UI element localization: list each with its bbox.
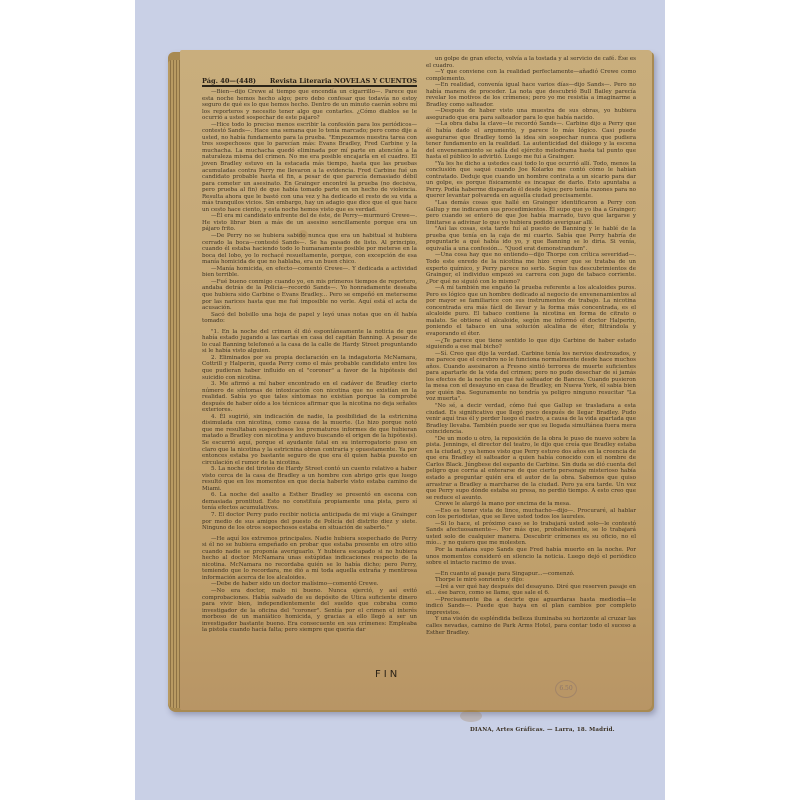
end-mark: FIN xyxy=(375,669,400,680)
paragraph: —A mí también me engañó la prueba refere… xyxy=(426,285,636,337)
paragraph: —¿Te parece que tiene sentido lo que dij… xyxy=(426,338,636,351)
paragraph: "Así las cosas, esta tarde fuí al puesto… xyxy=(426,226,636,252)
paragraph: "Ya les he dicho a ustedes casi todo lo … xyxy=(426,161,636,200)
paragraph: "De un modo u otro, la reposición de la … xyxy=(426,436,636,501)
paragraph: —Si lo hace, el próximo caso se lo traba… xyxy=(426,521,636,547)
paragraph: 2. Eliminados por su propia declaración … xyxy=(202,355,417,381)
paragraph: Sacó del bolsillo una hoja de papel y le… xyxy=(202,312,417,325)
paragraph: —Sí. Creo que dijo la verdad. Carbine te… xyxy=(426,351,636,403)
paragraph: 3. Me afirmó a mí haber encontrado en el… xyxy=(202,381,417,414)
paragraph: —La obra daba la clave—le recordó Sands—… xyxy=(426,121,636,160)
paragraph: Por la mañana supo Sands que Fred había … xyxy=(426,547,636,567)
paragraph: —En realidad, convenía igual hace varios… xyxy=(426,82,636,108)
paragraph: —Fué bueno conmigo cuando yo, en mis pri… xyxy=(202,279,417,312)
paragraph: —De Perry no se hubiera sabido nunca que… xyxy=(202,233,417,266)
printer-imprint: DIANA, Artes Gráficas. — Larra, 18. Madr… xyxy=(470,727,615,733)
paragraph: 6. La noche del asalto a Esther Bradley … xyxy=(202,492,417,512)
paragraph: —Bien—dijo Crewe al tiempo que encendía … xyxy=(202,89,417,122)
paragraph: —Hice todo lo preciso menos escribir la … xyxy=(202,122,417,214)
paragraph: "No sé, a decir verdad, cómo fué que Gal… xyxy=(426,403,636,436)
paragraph: "1. En la noche del crimen él dió espont… xyxy=(202,329,417,355)
paragraph: —Eso es tener vista de lince, muchacho—d… xyxy=(426,508,636,521)
page-header: Pág. 40—(448) Revista Literaria NOVELAS … xyxy=(202,71,417,87)
paragraph: —Él era mi candidato enfrente del de ést… xyxy=(202,213,417,233)
paragraph: Y una visión de espléndida belleza ilumi… xyxy=(426,616,636,636)
left-text-column: —Bien—dijo Crewe al tiempo que encendía … xyxy=(202,89,417,634)
price-stamp: 6.50 xyxy=(555,680,577,698)
paragraph: —Una cosa hay que no entiendo—dijo Thorp… xyxy=(426,252,636,285)
paragraph: —Y que conviene con la realidad perfecta… xyxy=(426,69,636,82)
paragraph: —Manía homicida, en efecto—comentó Crewe… xyxy=(202,266,417,279)
magazine-page: Pág. 40—(448) Revista Literaria NOVELAS … xyxy=(180,50,652,710)
paragraph: —Precisamente iba a decirte que aguardar… xyxy=(426,597,636,617)
paragraph: —He aquí los extremos principales. Nadie… xyxy=(202,536,417,582)
publication-title: Revista Literaria NOVELAS Y CUENTOS xyxy=(270,77,417,85)
paragraph: —Iré a ver qué hay después del desayuno.… xyxy=(426,584,636,597)
paragraph: un golpe de gran efecto, volvía a la tos… xyxy=(426,56,636,69)
paragraph: —Después de haber visto una muestra de s… xyxy=(426,108,636,121)
right-text-column: un golpe de gran efecto, volvía a la tos… xyxy=(426,56,636,636)
paragraph: "Las demás cosas que hallé en Grainger i… xyxy=(426,200,636,226)
paragraph: 5. La noche del tiroteo de Hardy Street … xyxy=(202,466,417,492)
paragraph: 4. Él sugirió, sin indicación de nadie, … xyxy=(202,414,417,466)
paragraph: —No era doctor, malo ni bueno. Nunca eje… xyxy=(202,588,417,634)
paragraph: 7. El doctor Perry pudo recibir noticia … xyxy=(202,512,417,532)
page-number: Pág. 40—(448) xyxy=(202,77,256,85)
paper-stain xyxy=(460,710,482,722)
